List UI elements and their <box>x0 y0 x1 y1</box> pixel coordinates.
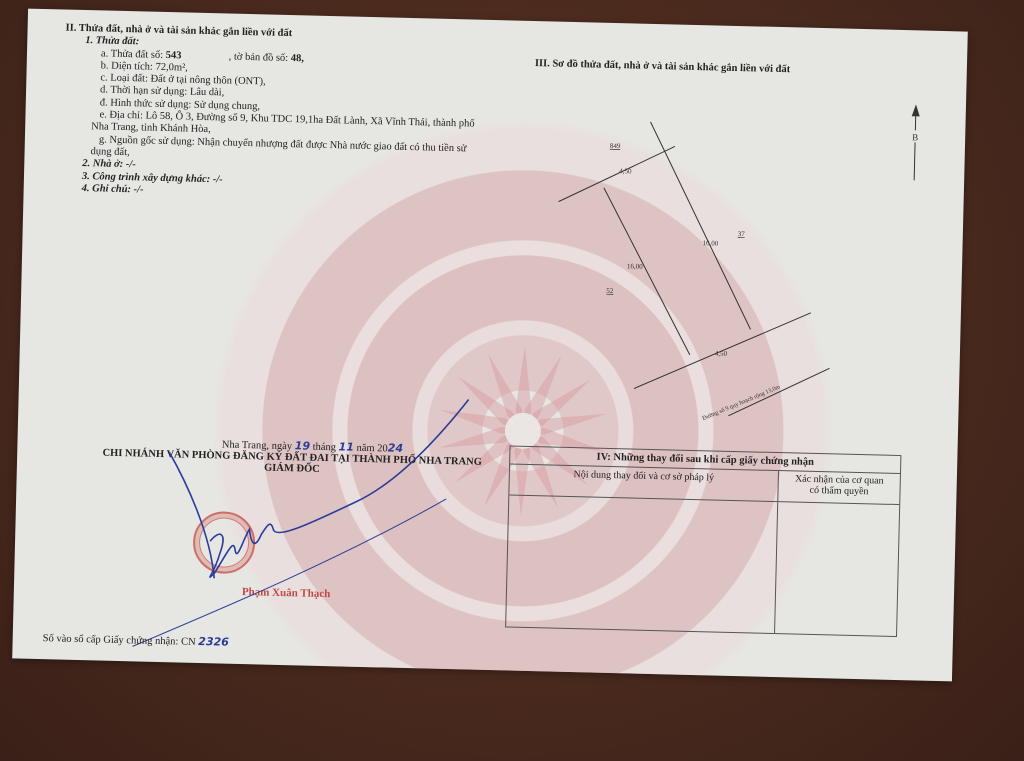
change-content-cell <box>506 496 778 634</box>
bottom-edge-length: 4,50 <box>715 349 728 357</box>
map-sheet-number: 48, <box>291 53 304 64</box>
right-edge-length: 16,00 <box>702 239 718 247</box>
north-arrow-icon: B <box>904 102 926 182</box>
parcel-diagram: 849 4,50 52 37 16,00 16,00 4,50 Đường số… <box>538 81 947 451</box>
issue-year: 24 <box>388 442 404 455</box>
column-authority-confirmation: Xác nhận của cơ quan có thẩm quyền <box>778 471 900 504</box>
neighbor-top-label: 849 <box>610 142 621 150</box>
authority-confirmation-cell <box>775 502 899 636</box>
registry-label: Số vào sổ cấp Giấy chứng nhận: CN <box>43 633 196 648</box>
signer-name: Phạm Xuân Thạch <box>242 586 331 600</box>
neighbor-left-label: 52 <box>606 287 614 295</box>
changes-table: IV: Những thay đổi sau khi cấp giấy chứn… <box>505 446 901 638</box>
issue-month: 11 <box>338 440 354 453</box>
registry-number-row: Số vào sổ cấp Giấy chứng nhận: CN 2326 <box>43 631 229 649</box>
parcel-number: 543 <box>166 50 182 61</box>
section-3-title: III. Sơ đồ thửa đất, nhà ở và tài sản kh… <box>535 58 791 75</box>
neighbor-right-label: 37 <box>738 230 746 238</box>
land-certificate-page: II. Thửa đất, nhà ở và tài sản khác gắn … <box>12 9 968 682</box>
road-label: Đường số 9 quy hoạch rộng 13,0m <box>701 383 781 422</box>
issue-day: 19 <box>295 439 311 452</box>
registry-number: 2326 <box>198 635 229 649</box>
changes-table-body <box>506 496 899 636</box>
section-2: II. Thửa đất, nhà ở và tài sản khác gắn … <box>62 22 477 204</box>
left-edge-length: 16,00 <box>627 262 643 270</box>
top-edge-length: 4,50 <box>619 167 632 175</box>
north-label: B <box>912 132 918 142</box>
